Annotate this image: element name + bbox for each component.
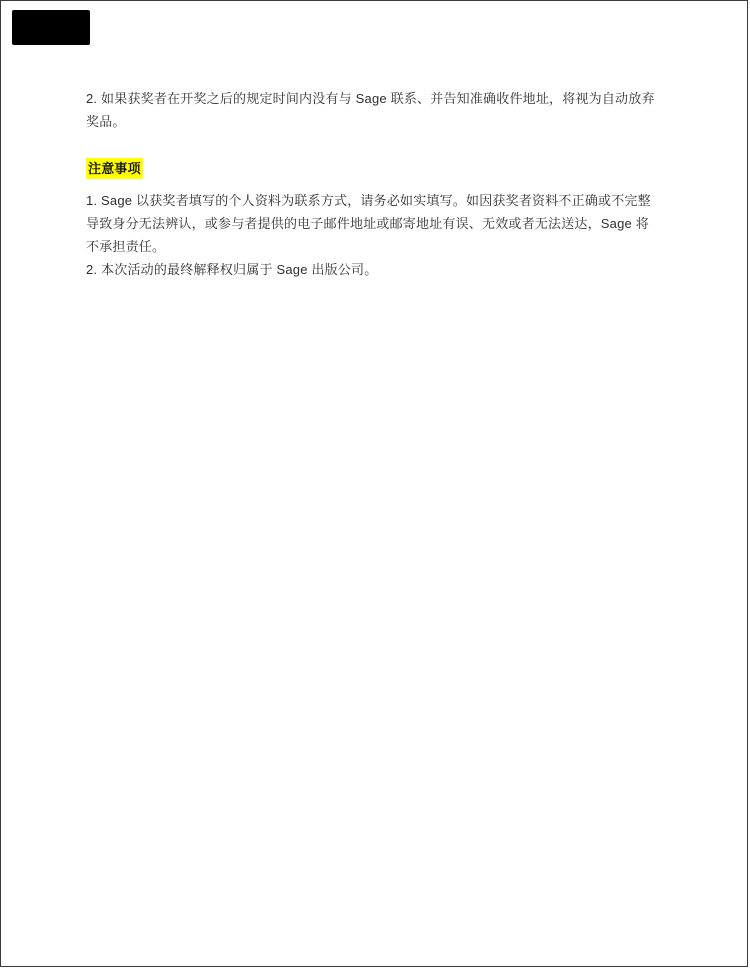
document-page: 2. 如果获奖者在开奖之后的规定时间内没有与 Sage 联系、并告知准确收件地址…: [0, 0, 748, 967]
document-viewport: 2. 如果获奖者在开奖之后的规定时间内没有与 Sage 联系、并告知准确收件地址…: [0, 0, 750, 971]
paragraph-forfeit-rule: 2. 如果获奖者在开奖之后的规定时间内没有与 Sage 联系、并告知准确收件地址…: [86, 87, 678, 133]
paragraph-final-interpretation: 2. 本次活动的最终解释权归属于 Sage 出版公司。: [86, 258, 678, 281]
paragraph-contact-info-rule: 1. Sage 以获奖者填写的个人资料为联系方式，请务必如实填写。如因获奖者资料…: [86, 189, 678, 258]
notice-heading-line: 注意事项: [86, 157, 678, 180]
redaction-box: [12, 10, 90, 45]
notice-heading: 注意事项: [86, 158, 143, 179]
